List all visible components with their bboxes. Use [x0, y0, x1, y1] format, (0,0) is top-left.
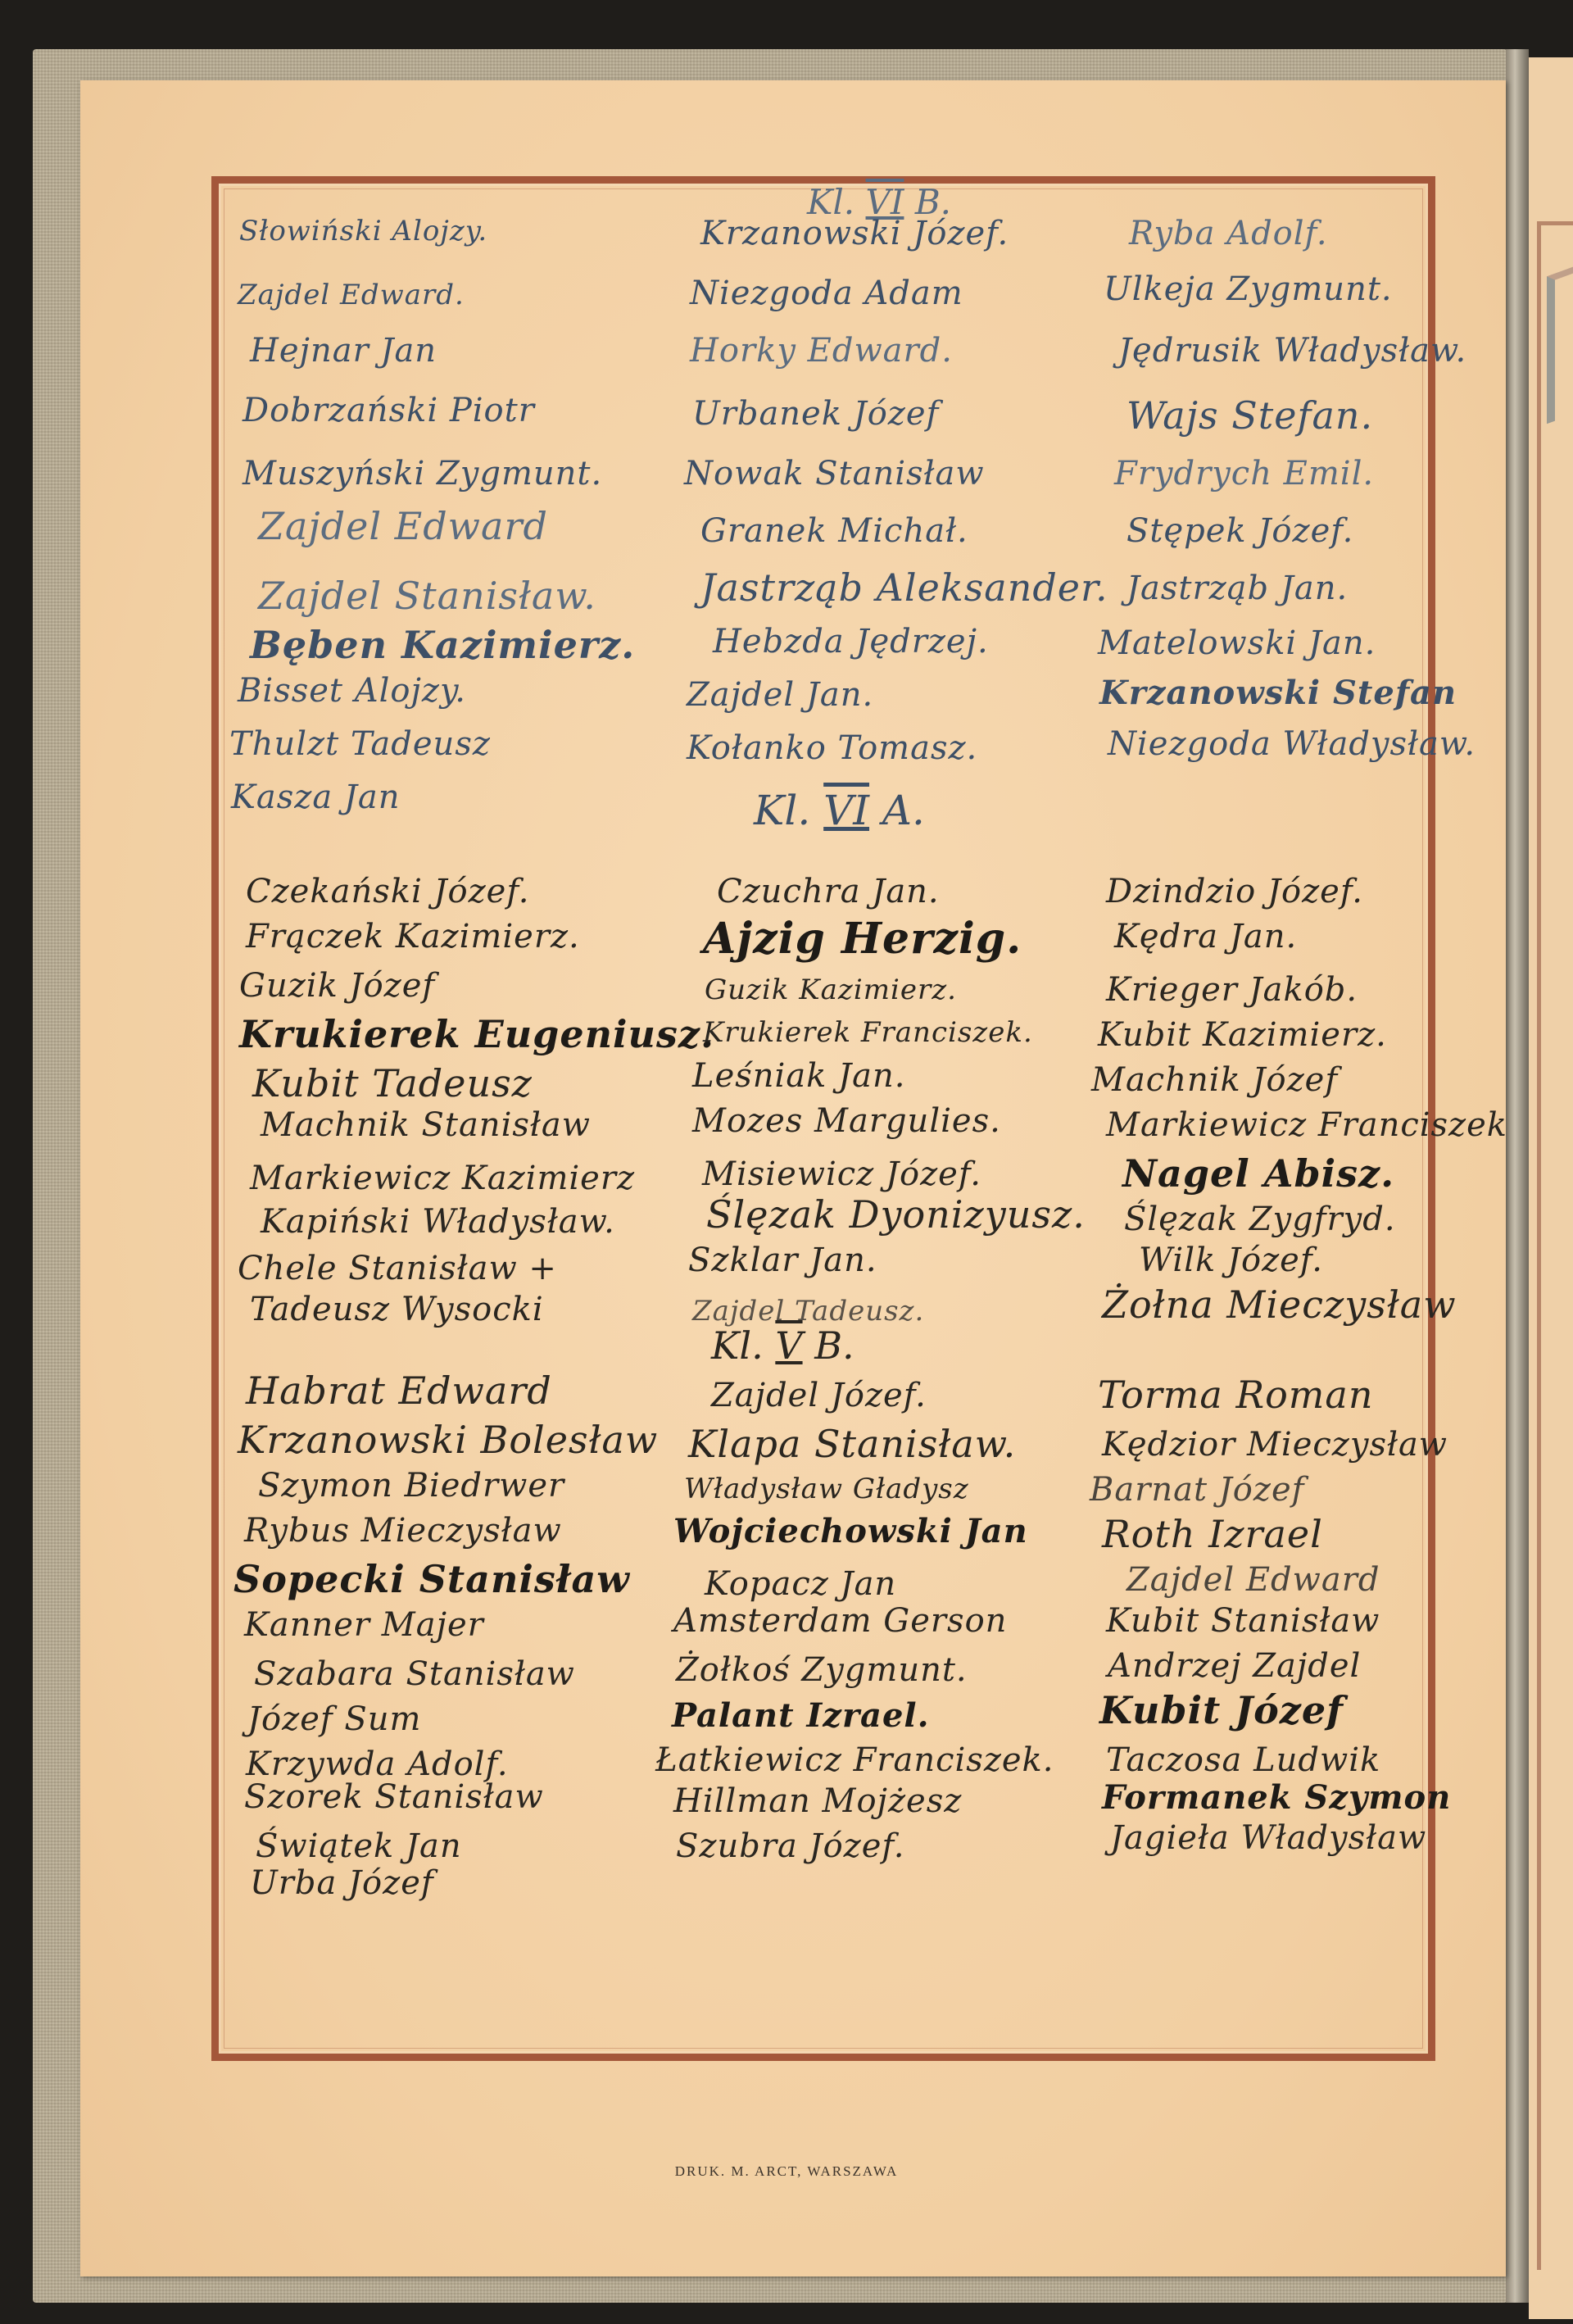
section-heading-v-b: Kl. V B.: [711, 1323, 854, 1368]
signature: Łatkiewicz Franciszek.: [655, 1741, 1054, 1779]
signature: Jastrząb Aleksander.: [700, 565, 1108, 610]
signature: Krukierek Franciszek.: [703, 1016, 1033, 1049]
signature: Machnik Stanisław: [261, 1106, 591, 1144]
signature: Żołkoś Zygmunt.: [676, 1651, 968, 1689]
heading-prefix: Kl.: [754, 787, 810, 834]
signature: Szubra Józef.: [676, 1827, 904, 1865]
book-gutter: [1506, 49, 1529, 2303]
signature: Taczosa Ludwik: [1106, 1741, 1380, 1779]
signature: Józef Sum: [247, 1700, 421, 1738]
heading-prefix: Kl.: [711, 1323, 764, 1368]
signature: Guzik Kazimierz.: [705, 974, 957, 1006]
signature: Ulkeja Zygmunt.: [1104, 270, 1393, 308]
signature: Niezgoda Władysław.: [1108, 725, 1476, 763]
signature: Klapa Stanisław.: [688, 1422, 1016, 1466]
signature: Jędrusik Władysław.: [1118, 332, 1466, 370]
signature: Barnat Józef: [1090, 1471, 1304, 1509]
signature: Chele Stanisław +: [238, 1250, 557, 1287]
signature: Ślęzak Zygfryd.: [1124, 1201, 1396, 1238]
signature: Niezgoda Adam: [690, 275, 963, 312]
signature: Sopecki Stanisław: [233, 1557, 630, 1601]
signature: Ślęzak Dyonizyusz.: [706, 1192, 1086, 1237]
adjacent-page-frame: [1537, 221, 1573, 2270]
heading-roman-numeral: V: [775, 1323, 802, 1368]
signature: Kapiński Władysław.: [261, 1203, 615, 1241]
signature: Markiewicz Kazimierz: [250, 1160, 635, 1197]
signature: Andrzej Zajdel: [1108, 1647, 1361, 1685]
signature: Krzanowski Bolesław: [238, 1418, 658, 1462]
signature: Hillman Mojżesz: [673, 1782, 962, 1820]
adjacent-page-edge: [1529, 57, 1573, 2319]
signature: Tadeusz Wysocki: [250, 1291, 544, 1328]
signature: Kubit Józef: [1099, 1688, 1344, 1732]
signature: Zajdel Edward: [1126, 1561, 1380, 1599]
signature: Dobrzański Piotr: [243, 392, 535, 429]
signature: Dzindzio Józef.: [1106, 873, 1363, 910]
signature: Frydrych Emil.: [1114, 455, 1374, 492]
signature: Czuchra Jan.: [717, 873, 940, 910]
signature: Torma Roman: [1098, 1373, 1373, 1417]
signature: Zajdel Edward.: [238, 279, 465, 311]
signature: Szymon Biedrwer: [258, 1467, 564, 1505]
signature: Krukierek Eugeniusz.: [239, 1012, 714, 1056]
signature: Krzanowski Stefan: [1099, 674, 1457, 712]
signature: Zajdel Edward: [258, 504, 548, 548]
signature: Szorek Stanisław: [244, 1778, 544, 1816]
signature: Kanner Majer: [244, 1606, 484, 1644]
signature: Granek Michał.: [700, 512, 968, 550]
signature: Formanek Szymon: [1102, 1778, 1451, 1817]
signature: Habrat Edward: [246, 1369, 552, 1413]
signature: Guzik Józef: [239, 967, 435, 1005]
signature: Krzanowski Józef.: [700, 215, 1009, 252]
signature: Rybus Mieczysław: [244, 1512, 562, 1550]
signature: Zajdel Jan.: [687, 676, 873, 714]
signature: Zajdel Tadeusz.: [692, 1295, 924, 1328]
signature: Thulzt Tadeusz: [229, 725, 491, 763]
signature: Jagieła Władysław: [1110, 1819, 1426, 1857]
signature: Szabara Stanisław: [254, 1655, 575, 1693]
signature: Ajzig Herzig.: [703, 914, 1022, 964]
signature: Zajdel Stanisław.: [258, 574, 596, 618]
signature: Matelowski Jan.: [1098, 624, 1376, 662]
signature: Hebzda Jędrzej.: [713, 623, 989, 660]
heading-suffix: A.: [882, 787, 925, 834]
signature: Machnik Józef: [1091, 1061, 1338, 1099]
signature: Kopacz Jan: [705, 1565, 896, 1603]
signature: Kubit Stanisław: [1106, 1602, 1380, 1640]
signature: Słowiński Alojzy.: [239, 215, 487, 247]
signature: Palant Izrael.: [672, 1696, 930, 1735]
signature: Kubit Kazimierz.: [1098, 1016, 1387, 1054]
signature: Ryba Adolf.: [1129, 215, 1328, 252]
signature: Władysław Gładysz: [684, 1473, 969, 1505]
signature: Nowak Stanisław: [684, 455, 985, 492]
signature: Horky Edward.: [690, 332, 953, 370]
signature: Wojciechowski Jan: [673, 1512, 1028, 1550]
signature: Kędzior Mieczysław: [1102, 1426, 1448, 1464]
signature: Czekański Józef.: [246, 873, 529, 910]
signature: Wajs Stefan.: [1126, 393, 1373, 438]
signature: Leśniak Jan.: [692, 1057, 905, 1095]
signature: Kasza Jan: [231, 778, 401, 816]
section-heading-vi-a: Kl. VI A.: [754, 787, 925, 834]
signature: Kędra Jan.: [1114, 918, 1297, 955]
signature: Hejnar Jan: [250, 332, 437, 370]
signature: Nagel Abisz.: [1122, 1151, 1394, 1196]
signature: Kołanko Tomasz.: [687, 729, 977, 767]
signature: Roth Izrael: [1102, 1512, 1323, 1556]
signature: Żołna Mieczysław: [1102, 1282, 1457, 1327]
signature: Świątek Jan: [256, 1827, 462, 1865]
signature: Mozes Margulies.: [692, 1102, 1001, 1140]
signature: Muszyński Zygmunt.: [243, 455, 602, 492]
signature: Wilk Józef.: [1139, 1241, 1323, 1279]
signature: Stępek Józef.: [1126, 512, 1353, 550]
signature: Kubit Tadeusz: [252, 1061, 533, 1105]
signature: Krieger Jakób.: [1106, 971, 1358, 1009]
signature: Jastrząb Jan.: [1126, 570, 1348, 607]
signature: Markiewicz Franciszek: [1106, 1106, 1507, 1144]
adjacent-page-ornament: [1547, 265, 1573, 424]
printer-imprint: DRUK. M. ARCT, WARSZAWA: [0, 2163, 1573, 2180]
signature: Urba Józef: [250, 1864, 434, 1902]
heading-suffix: B.: [814, 1323, 854, 1368]
signature: Zajdel Józef.: [711, 1377, 927, 1414]
signature: Amsterdam Gerson: [673, 1602, 1007, 1640]
signature: Urbanek Józef: [692, 395, 939, 433]
signature: Bęben Kazimierz.: [250, 623, 635, 667]
signature: Bisset Alojzy.: [238, 672, 466, 710]
signature: Szklar Jan.: [688, 1241, 877, 1279]
heading-roman-numeral: VI: [823, 787, 869, 834]
signature: Frączek Kazimierz.: [246, 918, 580, 955]
signature: Misiewicz Józef.: [702, 1155, 981, 1193]
